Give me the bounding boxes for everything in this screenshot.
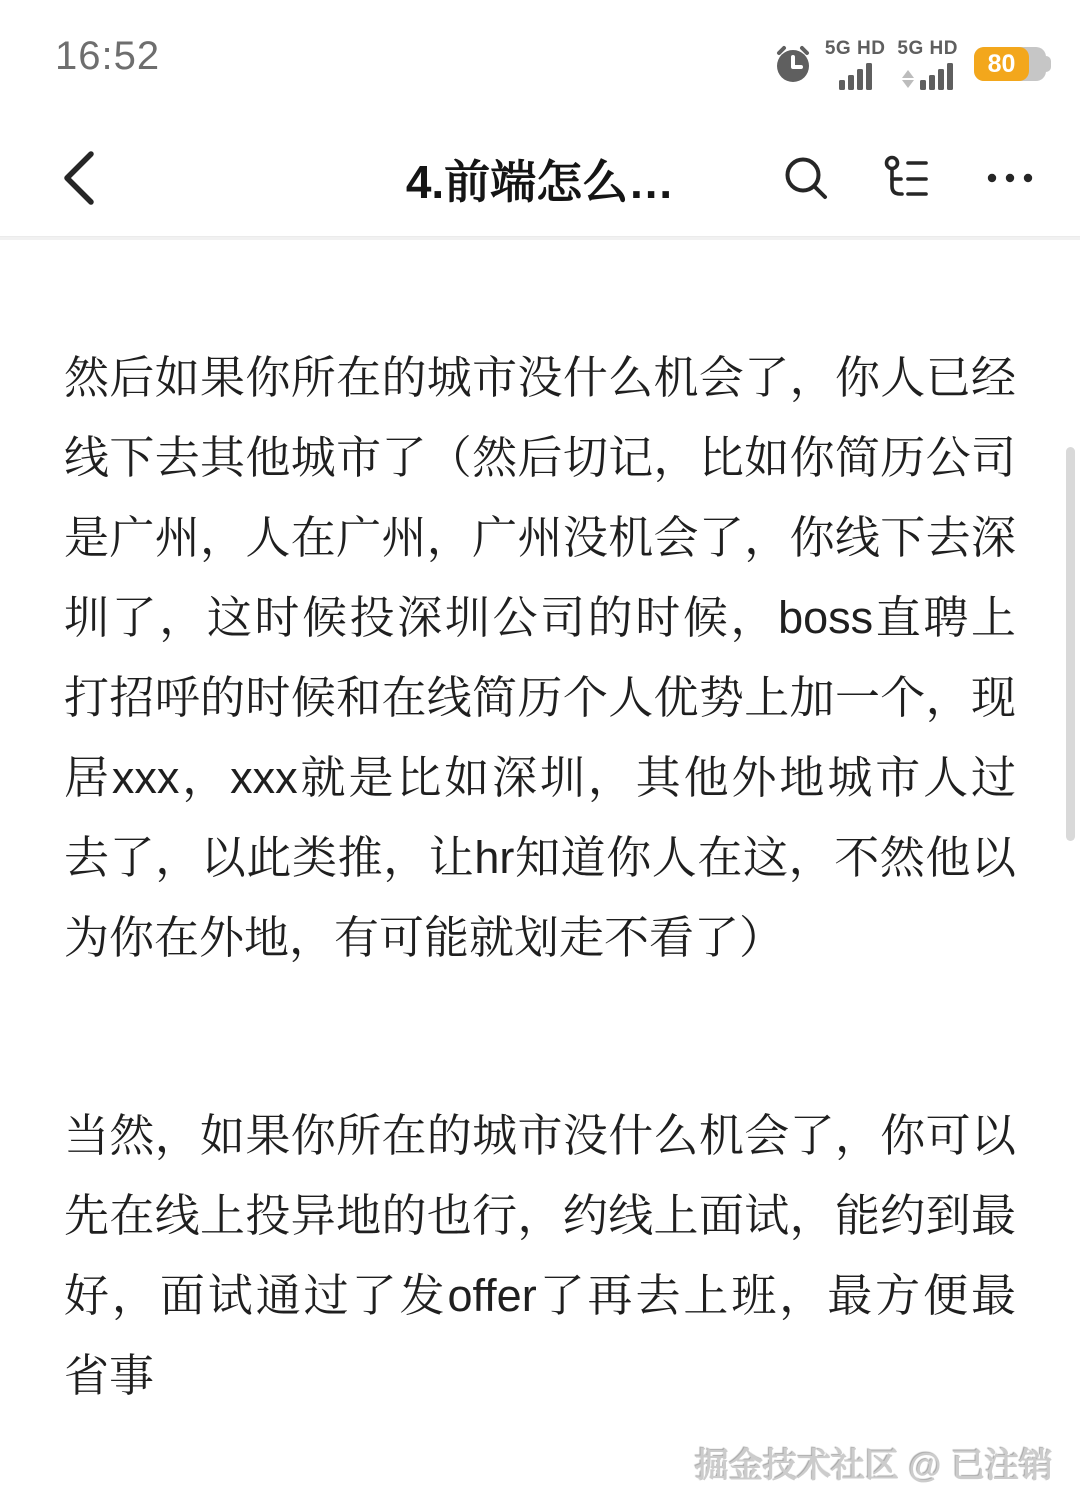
nav-bar: 4.前端怎么…: [0, 120, 1080, 237]
sim1-network-label: 5G HD: [825, 38, 886, 60]
signal-bars-icon: [839, 63, 872, 90]
watermark: 掘金技术社区 @ 已注销: [695, 1438, 1053, 1487]
back-button[interactable]: [40, 138, 120, 218]
signal-bars-icon: [920, 63, 953, 90]
battery-fill: 80: [974, 47, 1029, 81]
text-line: 线下去其他城市了（然后切记，比如你简历公司: [64, 418, 1016, 498]
article-body: 然后如果你所在的城市没什么机会了，你人已经线下去其他城市了（然后切记，比如你简历…: [64, 338, 1016, 1416]
sim1-signal: 5G HD: [825, 38, 886, 90]
clock-time: 16:52: [55, 34, 160, 79]
paragraph: 然后如果你所在的城市没什么机会了，你人已经线下去其他城市了（然后切记，比如你简历…: [64, 338, 1016, 978]
search-icon: [780, 152, 832, 204]
paragraph: 当然，如果你所在的城市没什么机会了，你可以先在线上投异地的也行，约线上面试，能约…: [64, 1096, 1016, 1416]
battery-level: 80: [988, 50, 1016, 79]
text-line: 是广州，人在广州，广州没机会了，你线下去深: [64, 498, 1016, 578]
outline-list-icon: [880, 152, 932, 204]
status-bar: 16:52 5G HD 5G HD: [0, 0, 1080, 120]
sim2-signal: 5G HD: [897, 38, 958, 90]
chevron-left-icon: [57, 149, 103, 207]
text-line: 圳了，这时候投深圳公司的时候，boss直聘上: [64, 578, 1016, 658]
status-indicators: 5G HD 5G HD 80: [773, 38, 1046, 90]
data-transfer-arrows-icon: [902, 70, 914, 88]
text-line: 省事: [64, 1336, 1016, 1416]
text-line: 居xxx，xxx就是比如深圳，其他外地城市人过: [64, 738, 1016, 818]
text-line: 为你在外地，有可能就划走不看了）: [64, 898, 1016, 978]
scrollbar-thumb[interactable]: [1066, 447, 1075, 841]
toc-button[interactable]: [870, 138, 942, 218]
text-line: 去了，以此类推，让hr知道你人在这，不然他以: [64, 818, 1016, 898]
text-line: 打招呼的时候和在线简历个人优势上加一个，现: [64, 658, 1016, 738]
alarm-clock-icon: [773, 44, 813, 84]
page-title: 4.前端怎么…: [406, 146, 674, 212]
battery-icon: 80: [974, 47, 1046, 81]
text-line: 当然，如果你所在的城市没什么机会了，你可以: [64, 1096, 1016, 1176]
nav-divider: [0, 236, 1080, 240]
text-line: 然后如果你所在的城市没什么机会了，你人已经: [64, 338, 1016, 418]
search-button[interactable]: [770, 138, 842, 218]
sim2-network-label: 5G HD: [897, 38, 958, 60]
more-button[interactable]: [974, 138, 1046, 218]
text-line: 好，面试通过了发offer了再去上班，最方便最: [64, 1256, 1016, 1336]
text-line: 先在线上投异地的也行，约线上面试，能约到最: [64, 1176, 1016, 1256]
battery-nub: [1044, 56, 1051, 72]
ellipsis-icon: [984, 152, 1036, 204]
